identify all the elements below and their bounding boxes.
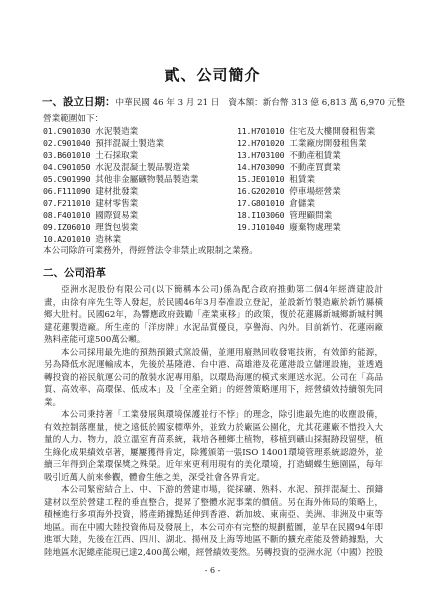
scope-name: 停車場經營業 <box>289 187 341 197</box>
paragraph-line: 畫，由徐有庠先生等人發起，於民國46年3月奉准設立登記，並設新竹製造廠於新竹縣橫… <box>44 297 383 309</box>
scope-name: 造林業 <box>95 235 121 245</box>
paragraph-line: 進軍大陸，先後在江西、四川、湖北、揚州及上海等地區不斷的擴充產能及營銷據點，大 <box>44 534 383 546</box>
scope-name: 水泥及混凝土製品製造業 <box>95 163 190 173</box>
scope-name: 不動產租賃業 <box>289 151 341 161</box>
scope-code: 14.H703090 <box>237 162 284 172</box>
scope-code: 06.F111090 <box>43 186 90 196</box>
scope-code: 10.A201010 <box>43 234 90 244</box>
page-title: 貳、公司簡介 <box>0 66 425 84</box>
scope-code: 01.C901030 <box>43 126 90 136</box>
document-page: 貳、公司簡介 一、設立日期：中華民國 46 年 3 月 21 日資本額：新台幣 … <box>0 0 425 600</box>
scope-name: 預拌混凝土製造業 <box>95 139 164 149</box>
scope-item: 19.J101040廢棄物處理業 <box>237 221 341 234</box>
scope-code: 17.G801010 <box>237 198 284 208</box>
scope-code: 05.C901990 <box>43 174 90 184</box>
paragraph-line: 熟料產能可達500萬公噸。 <box>44 334 383 346</box>
scope-code: 04.C901050 <box>43 162 90 172</box>
scope-name: 管理顧問業 <box>289 211 332 221</box>
paragraph-line: 亞洲水泥股份有限公司(以下簡稱本公司)係為配合政府推動第二個4年經濟建設計 <box>44 284 383 296</box>
scope-code: 15.JE01010 <box>237 174 284 184</box>
scope-name: 國際貿易業 <box>95 211 138 221</box>
page-number: - 6 - <box>0 565 425 577</box>
paragraph-line: 量的人力、物力，設立溫室育苗系統，栽培各種鄉土植物，移植到礦山採掘跡段留壁，植 <box>44 434 383 446</box>
establishment-date: 中華民國 46 年 3 月 21 日 <box>116 98 220 108</box>
paragraph-line: 陸地區水泥總產能現已達2,400萬公噸，經營績效斐然。另轉投資的亞洲水泥（中國）… <box>44 547 383 559</box>
scope-code: 02.C901040 <box>43 138 90 148</box>
paragraph-line: 業。 <box>44 397 383 409</box>
scope-code: 16.G202010 <box>237 186 284 196</box>
paragraph-line: 質、高效率、高環保、低成本」及「全產全銷」的經營策略運用下，經營績效持續領先同 <box>44 384 383 396</box>
capital-label: 資本額： <box>228 98 262 108</box>
scope-code: 09.IZ06010 <box>43 222 90 232</box>
scope-name: 理貨包裝業 <box>95 223 138 233</box>
scope-code: 19.J101040 <box>237 222 284 232</box>
scope-name: 廢棄物處理業 <box>289 223 341 233</box>
scope-code: 07.F211010 <box>43 198 90 208</box>
paragraph-line: 本公司採用最先進的預熱預鍛式窯設備，並運用廢熱回收發電技術，有效節約能源， <box>44 347 383 359</box>
paragraph-line: 建材以至於營建工程的垂直整合，提昇了整體水泥事業的價值。另在海外佈局的策略上， <box>44 497 383 509</box>
scope-code: 12.H701020 <box>237 138 284 148</box>
section2-heading: 二、公司沿革 <box>43 266 106 280</box>
business-scope-intro: 營業範圍如下： <box>43 113 103 125</box>
scope-code: 18.I103060 <box>237 210 284 220</box>
paragraph-line: 鄉大肚村。民國62年，為響應政府鼓勵「產業東移」的政策，復於花蓮縣新城鄉新城村興 <box>44 309 383 321</box>
scope-code: 13.H703100 <box>237 150 284 160</box>
paragraph-line: 有效控制落塵量，使之遠低於國家標準外，並致力於廠區公園化，尤其花蓮廠不惜投入大 <box>44 422 383 434</box>
scope-name: 租賃業 <box>289 175 315 185</box>
scope-name: 不動產買賣業 <box>289 163 341 173</box>
scope-name: 水泥製造業 <box>95 127 138 137</box>
scope-name: 工業廠房開發租售業 <box>289 139 366 149</box>
paragraph-line: 生綠化成果績效卓著，屢屢獲得肯定，除獲頒第一張ISO 14001環境管理系統認證… <box>44 447 383 459</box>
paragraph-line: 本公司緊密結合上、中、下游的營建市場，從採礦、熟料、水泥、預拌混凝土、預鑄 <box>44 484 383 496</box>
scope-code: 08.F401010 <box>43 210 90 220</box>
scope-name: 土石採取業 <box>95 151 138 161</box>
scope-name: 倉儲業 <box>289 199 315 209</box>
scope-name: 建材零售業 <box>95 199 138 209</box>
business-scope-note: 本公司除許可業務外，得經營法令非禁止或限制之業務。 <box>43 245 258 257</box>
scope-code: 11.H701010 <box>237 126 284 136</box>
paragraph-line: 建花蓮製造廠。所生產的「洋房牌」水泥品質優良，享譽海、內外。目前新竹、花蓮兩廠 <box>44 322 383 334</box>
paragraph-line: 另為降低水泥運輸成本，先後於基隆港、台中港、高雄港及花蓮港設立儲運設施，並透過 <box>44 359 383 371</box>
paragraph-line: 續三年得到企業環保獎之殊榮。近年來更利用現有的美化環境，打造蝴蝶生態園區，每年 <box>44 459 383 471</box>
capital-value: 新台幣 313 億 6,813 萬 6,970 元整 <box>263 98 405 108</box>
scope-name: 住宅及大樓開發租售業 <box>289 127 375 137</box>
scope-name: 建材批發業 <box>95 187 138 197</box>
paragraph-line: 轉投資的裕民航運公司的散裝水泥專用船，以環島海運的模式來運送水泥。公司在「高品 <box>44 372 383 384</box>
paragraph-line: 吸引近萬人前來參觀，體會生態之美，深受社會各界肯定。 <box>44 472 383 484</box>
paragraph-line: 本公司秉持著「工業發展與環境保護並行不悖」的理念，除引進最先進的收塵設備， <box>44 409 383 421</box>
scope-name: 其他非金屬礦物製品製造業 <box>95 175 198 185</box>
establishment-line: 一、設立日期：中華民國 46 年 3 月 21 日資本額：新台幣 313 億 6… <box>42 96 387 110</box>
scope-code: 03.B601010 <box>43 150 90 160</box>
paragraph-line: 地區。而在中國大陸投資佈局及發展上，本公司亦有完整的規劃藍圖，並早在民國94年即 <box>44 522 383 534</box>
paragraph-line: 積極進行多項海外投資，將產銷據點延伸到香港、新加坡、東南亞、美洲、非洲及中東等 <box>44 509 383 521</box>
section1-heading: 一、設立日期： <box>42 96 116 108</box>
